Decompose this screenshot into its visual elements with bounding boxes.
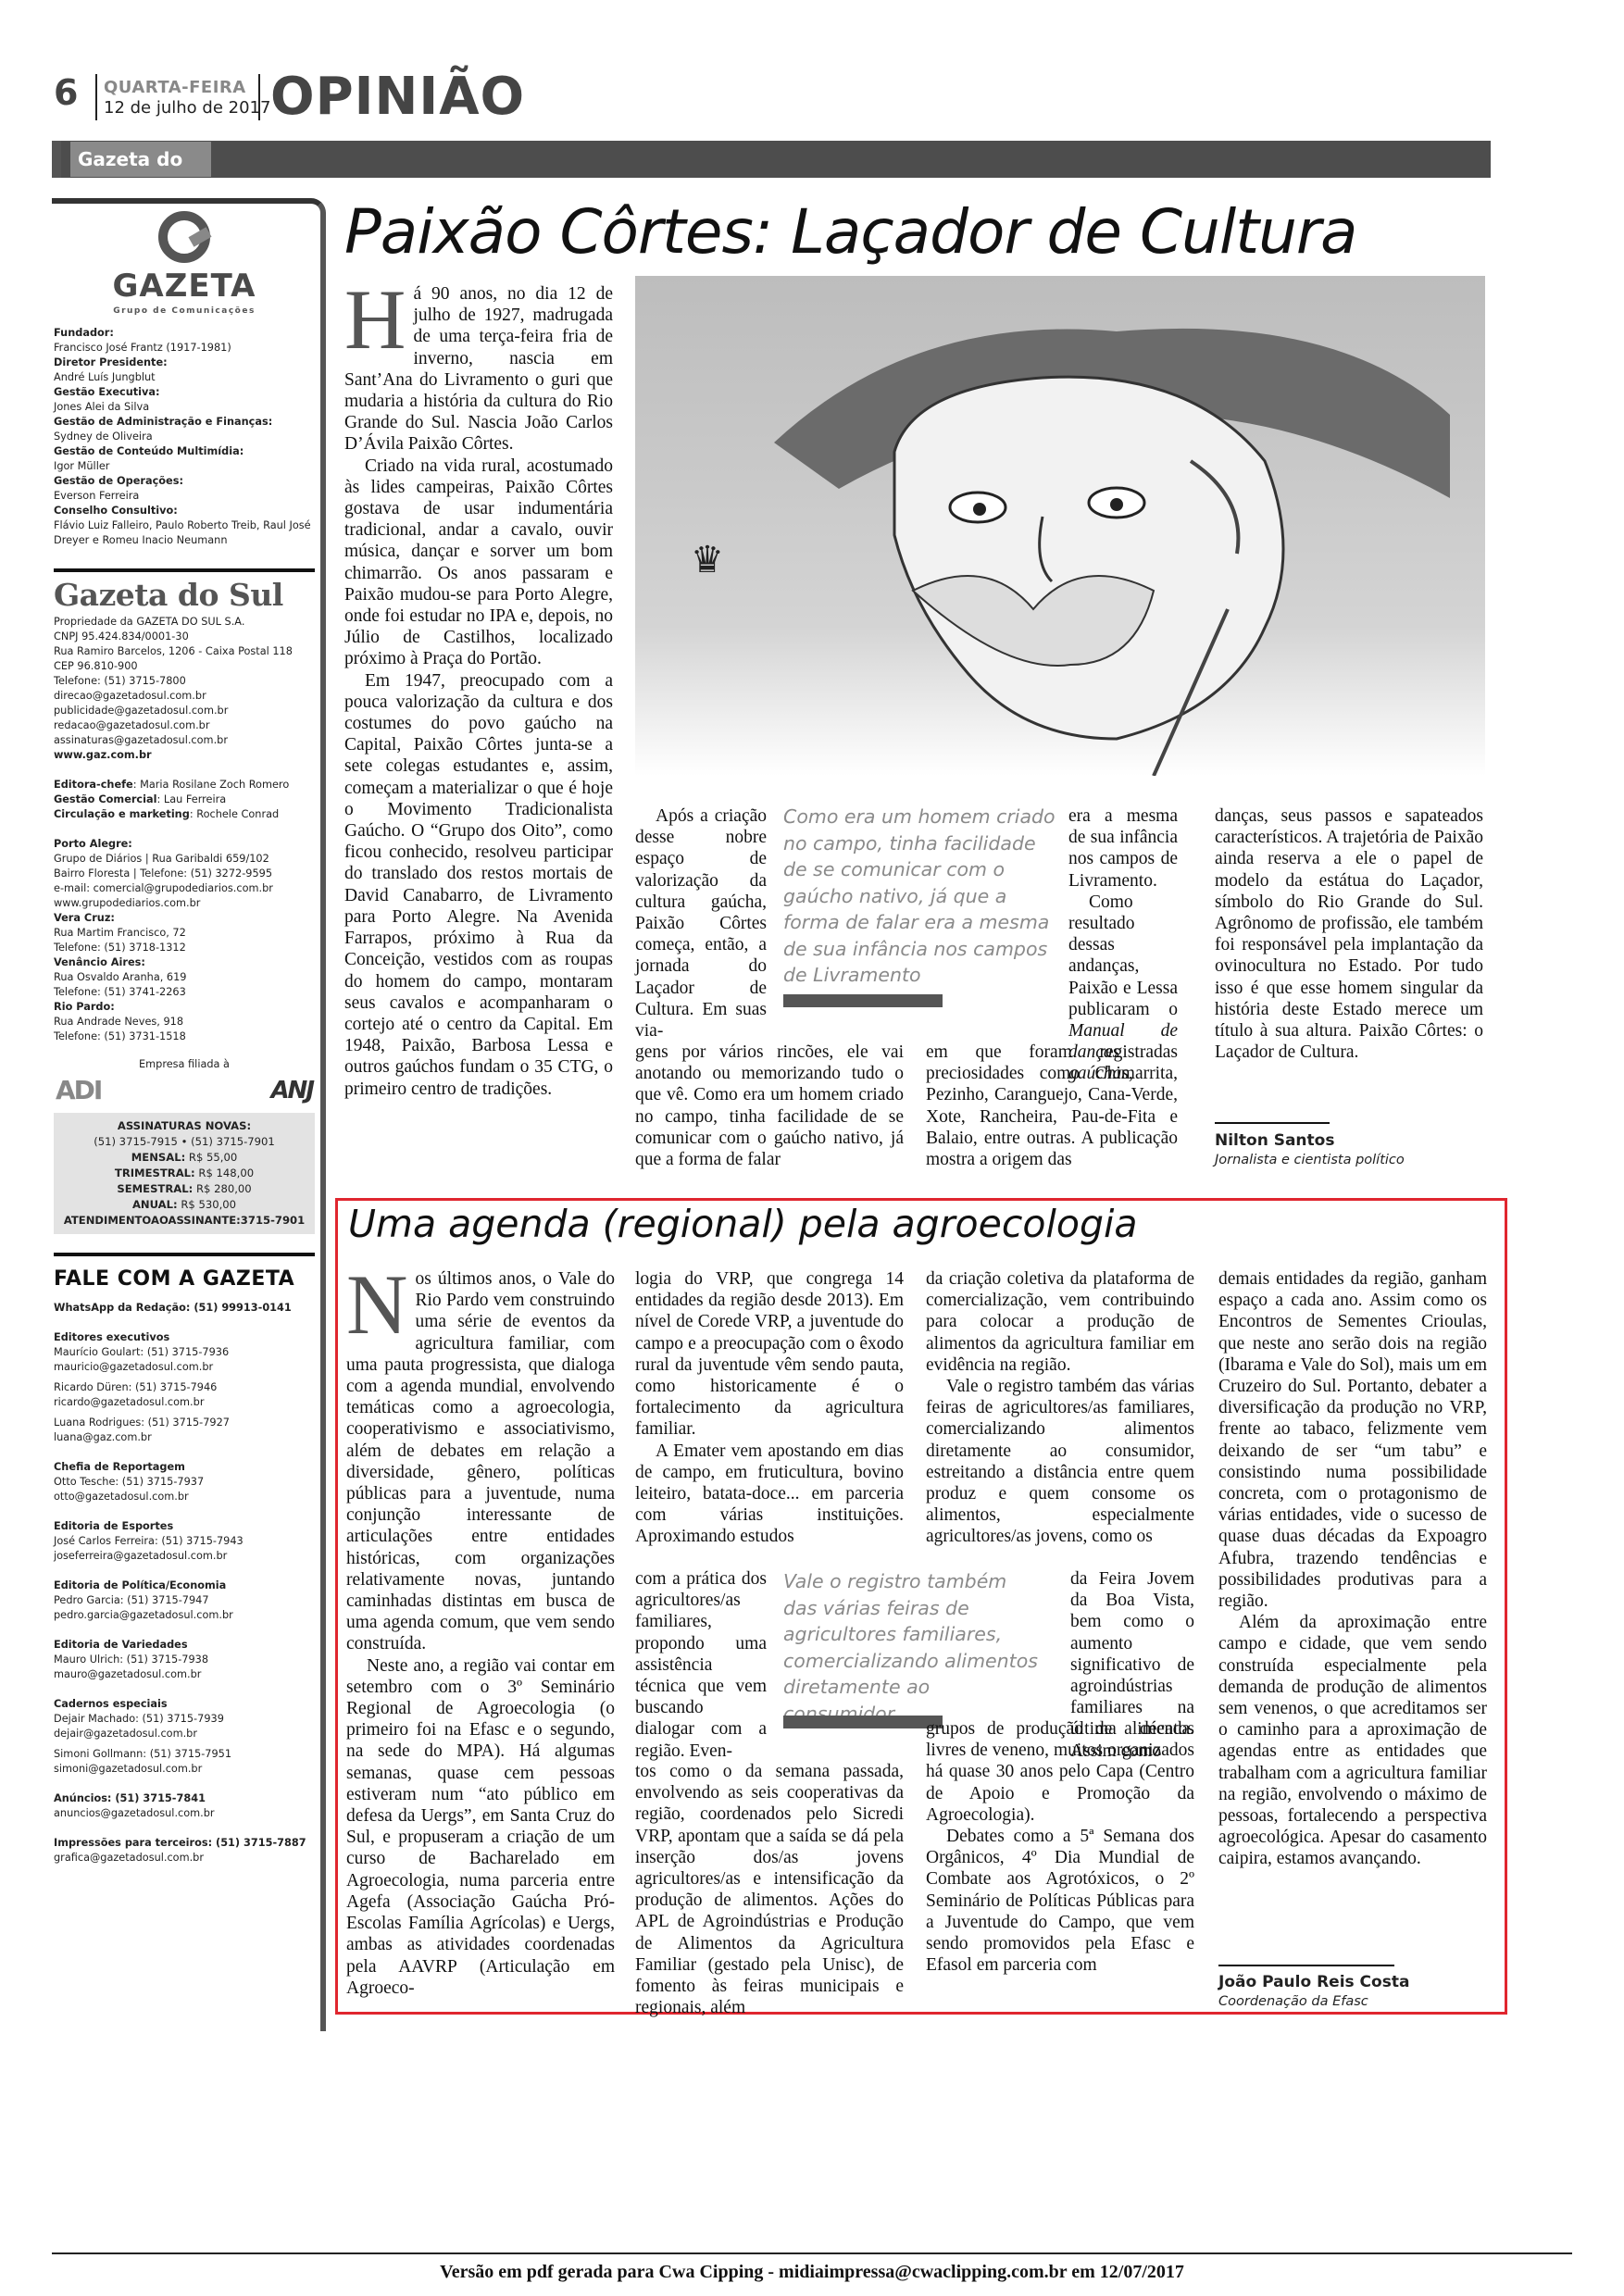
plan-label: TRIMESTRAL: — [115, 1167, 195, 1179]
header-divider — [95, 74, 97, 120]
offices-list: Porto Alegre:Grupo de Diários | Rua Gari… — [54, 837, 315, 1044]
company-info: Propriedade da GAZETA DO SUL S.A.CNPJ 95… — [54, 615, 315, 748]
office-line: Grupo de Diários | Rua Garibaldi 659/102 — [54, 852, 315, 867]
plan-label: SEMESTRAL: — [117, 1182, 193, 1195]
printing-email[interactable]: grafica@gazetadosul.com.br — [54, 1851, 315, 1865]
article-2-column-1: Nos últimos anos, o Vale do Rio Pardo ve… — [346, 1268, 615, 1999]
article-1-author: Nilton Santos — [1215, 1131, 1334, 1150]
office-city: Rio Pardo: — [54, 1000, 315, 1015]
article-2-column-2-top: logia do VRP, que congrega 14 entidades … — [635, 1268, 904, 1548]
contact-email[interactable]: joseferreira@gazetadosul.com.br — [54, 1549, 315, 1564]
plan-label: ANUAL: — [132, 1198, 178, 1211]
contact-email[interactable]: dejair@gazetadosul.com.br — [54, 1727, 315, 1741]
office-line: Rua Osvaldo Aranha, 619 — [54, 970, 315, 985]
office-line: Rua Andrade Neves, 918 — [54, 1015, 315, 1029]
article-2-title: Uma agenda (regional) pela agroecologia — [348, 1202, 1138, 1246]
article-2-column-2-bottom: tos como o da semana passada, envolvendo… — [635, 1761, 904, 2018]
website-link[interactable]: www.gaz.com.br — [54, 748, 315, 763]
contact-email[interactable]: mauricio@gazetadosul.com.br — [54, 1360, 315, 1375]
article-1-column-2-top: Após a criação desse nobre espaço de val… — [635, 805, 767, 1042]
subscription-plan: ANUAL: R$ 530,00 — [57, 1197, 311, 1213]
office-city: Venâncio Aires: — [54, 955, 315, 970]
article-1-pullquote: Como era um homem criado no campo, tinha… — [783, 804, 1061, 989]
office-line: Rua Martim Francisco, 72 — [54, 926, 315, 941]
management-role: Editora-chefe — [54, 779, 133, 791]
management-list: Editora-chefe: Maria Rosilane Zoch Romer… — [54, 778, 315, 822]
contact-line: Ricardo Düren: (51) 3715-7946 — [54, 1380, 315, 1395]
contact-email[interactable]: ricardo@gazetadosul.com.br — [54, 1395, 315, 1410]
footer-note: Versão em pdf gerada para Cwa Cipping - … — [0, 2262, 1624, 2283]
contact-group-heading: Editoria de Esportes — [54, 1519, 315, 1534]
contact-group-heading: Editoria de Política/Economia — [54, 1578, 315, 1593]
affiliation-logos: ADI ANJ — [54, 1083, 315, 1098]
management-item: Gestão Comercial: Lau Ferreira — [54, 792, 315, 807]
article-2-author: João Paulo Reis Costa — [1218, 1973, 1409, 1991]
affiliation-label: Empresa filiada à — [54, 1057, 315, 1072]
article-2-column-2-narrow: com a prática dos agricultores/as famili… — [635, 1568, 767, 1762]
staff-list: Fundador:Francisco José Frantz (1917-198… — [54, 326, 315, 548]
management-role: Gestão Comercial — [54, 793, 157, 805]
page-number: 6 — [54, 72, 78, 113]
weekday: QUARTA-FEIRA — [104, 78, 246, 97]
contact-email[interactable]: pedro.garcia@gazetadosul.com.br — [54, 1608, 315, 1623]
staff-name: Jones Alei da Silva — [54, 400, 315, 415]
byline-rule — [1215, 1122, 1330, 1124]
contact-email[interactable]: mauro@gazetadosul.com.br — [54, 1667, 315, 1682]
staff-role: Gestão de Conteúdo Multimídia: — [54, 444, 315, 459]
drop-cap: H — [344, 287, 406, 352]
office-line: Telefone: (51) 3731-1518 — [54, 1029, 315, 1044]
printing-line: Impressões para terceiros: (51) 3715-788… — [54, 1836, 315, 1851]
header-divider — [258, 74, 260, 120]
article-2-column-3-bottom: grupos de produção de alimentos livres d… — [926, 1718, 1194, 1976]
company-line: Rua Ramiro Barcelos, 1206 - Caixa Postal… — [54, 644, 315, 659]
office-line: Telefone: (51) 3718-1312 — [54, 941, 315, 955]
drop-cap: N — [346, 1272, 407, 1337]
contact-line: José Carlos Ferreira: (51) 3715-7943 — [54, 1534, 315, 1549]
subscription-plan: TRIMESTRAL: R$ 148,00 — [57, 1166, 311, 1181]
subscriptions-title: ASSINATURAS NOVAS: — [57, 1118, 311, 1134]
plan-price: R$ 530,00 — [178, 1198, 236, 1211]
contact-group-heading: Cadernos especiais — [54, 1697, 315, 1712]
company-line: Telefone: (51) 3715-7800 — [54, 674, 315, 689]
company-line: CNPJ 95.424.834/0001-30 — [54, 630, 315, 644]
contact-group-heading: Chefia de Reportagem — [54, 1460, 315, 1475]
plan-price: R$ 55,00 — [185, 1151, 237, 1164]
article-1-column-2-bottom: gens por vários rincões, ele vai anotand… — [635, 1042, 904, 1170]
contact-line: Otto Tesche: (51) 3715-7937 — [54, 1475, 315, 1490]
staff-role: Diretor Presidente: — [54, 356, 315, 370]
article-2-column-3-top: da criação coletiva da plataforma de com… — [926, 1268, 1194, 1548]
subscription-plan: MENSAL: R$ 55,00 — [57, 1150, 311, 1166]
company-line[interactable]: publicidade@gazetadosul.com.br — [54, 704, 315, 718]
company-line: Propriedade da GAZETA DO SUL S.A. — [54, 615, 315, 630]
management-name: : Lau Ferreira — [157, 793, 227, 805]
contact-email[interactable]: otto@gazetadosul.com.br — [54, 1490, 315, 1504]
section-title: OPINIÃO — [270, 67, 525, 127]
staff-name: Everson Ferreira — [54, 489, 315, 504]
anj-logo: ANJ — [270, 1083, 313, 1098]
contact-groups: Editores executivosMaurício Goulart: (51… — [54, 1330, 315, 1777]
company-line: CEP 96.810-900 — [54, 659, 315, 674]
management-item: Circulação e marketing: Rochele Conrad — [54, 807, 315, 822]
spacer — [54, 1564, 315, 1578]
staff-role: Fundador: — [54, 326, 315, 341]
section-band-marker — [52, 141, 61, 178]
management-name: : Rochele Conrad — [190, 808, 279, 820]
article-1-title: Paixão Côrtes: Laçador de Cultura — [344, 196, 1356, 268]
subscriptions-phones: (51) 3715-7915 • (51) 3715-7901 — [57, 1134, 311, 1150]
pullquote-bar — [783, 1716, 943, 1728]
gazeta-g-logo-icon — [158, 211, 210, 263]
staff-name: André Luís Jungblut — [54, 370, 315, 385]
company-line[interactable]: direcao@gazetadosul.com.br — [54, 689, 315, 704]
staff-role: Gestão de Operações: — [54, 474, 315, 489]
subscription-plan: SEMESTRAL: R$ 280,00 — [57, 1181, 311, 1197]
issue-date: 12 de julho de 2017 — [104, 98, 270, 118]
spacer — [54, 1445, 315, 1460]
contact-line: Luana Rodrigues: (51) 3715-7927 — [54, 1416, 315, 1430]
office-line: Bairro Floresta | Telefone: (51) 3272-95… — [54, 867, 315, 881]
article-1-column-1: Há 90 anos, no dia 12 de julho de 1927, … — [344, 283, 613, 1100]
whatsapp-line: WhatsApp da Redação: (51) 99913-0141 — [54, 1301, 315, 1316]
article-2-column-4: demais entidades da região, ganham espaç… — [1218, 1268, 1487, 1870]
staff-name: Flávio Luiz Falleiro, Paulo Roberto Trei… — [54, 518, 315, 548]
spacer — [54, 1682, 315, 1697]
newspaper-label: Gazeta do Sul — [70, 142, 211, 177]
office-city: Vera Cruz: — [54, 911, 315, 926]
contact-line: Dejair Machado: (51) 3715-7939 — [54, 1712, 315, 1727]
spacer — [54, 1504, 315, 1519]
logo-subtitle: Grupo de Comunicações — [54, 304, 315, 318]
contact-group-heading: Editores executivos — [54, 1330, 315, 1345]
portrait-icon: ♛ — [635, 276, 1485, 776]
company-line[interactable]: assinaturas@gazetadosul.com.br — [54, 733, 315, 748]
plan-price: R$ 148,00 — [195, 1167, 254, 1179]
subscriber-service: ATENDIMENTOAOASSINANTE:3715-7901 — [57, 1213, 311, 1229]
gazeta-group-logo: GAZETA Grupo de Comunicações — [54, 211, 315, 318]
ads-line: Anúncios: (51) 3715-7841 — [54, 1791, 315, 1806]
contact-line: Pedro Garcia: (51) 3715-7947 — [54, 1593, 315, 1608]
office-line[interactable]: www.grupodediarios.com.br — [54, 896, 315, 911]
logo-word: GAZETA — [54, 268, 315, 304]
pullquote-bar — [783, 994, 943, 1007]
plan-label: MENSAL: — [131, 1151, 186, 1164]
spacer — [54, 1623, 315, 1638]
office-city: Porto Alegre: — [54, 837, 315, 852]
ads-email[interactable]: anuncios@gazetadosul.com.br — [54, 1806, 315, 1821]
staff-name: Francisco José Frantz (1917-1981) — [54, 341, 315, 356]
caricature-illustration: ♛ — [635, 276, 1485, 776]
management-role: Circulação e marketing — [54, 808, 190, 820]
staff-name: Sydney de Oliveira — [54, 430, 315, 444]
management-item: Editora-chefe: Maria Rosilane Zoch Romer… — [54, 778, 315, 792]
section-band — [52, 141, 1491, 178]
article-1-column-3-bottom: em que foram registradas preciosidades c… — [926, 1042, 1178, 1170]
byline-rule — [1218, 1965, 1394, 1966]
article-1-column-4: danças, seus passos e sapateados caracte… — [1215, 805, 1483, 1063]
article-1-author-role: Jornalista e cientista político — [1215, 1153, 1405, 1167]
subscription-plans: MENSAL: R$ 55,00TRIMESTRAL: R$ 148,00SEM… — [57, 1150, 311, 1213]
contact-email[interactable]: simoni@gazetadosul.com.br — [54, 1762, 315, 1777]
staff-role: Gestão de Administração e Finanças: — [54, 415, 315, 430]
masthead: GAZETA Grupo de Comunicações Fundador:Fr… — [54, 206, 315, 1865]
staff-role: Conselho Consultivo: — [54, 504, 315, 518]
staff-role: Gestão Executiva: — [54, 385, 315, 400]
staff-name: Igor Müller — [54, 459, 315, 474]
contact-line: Simoni Gollmann: (51) 3715-7951 — [54, 1747, 315, 1762]
article-2-author-role: Coordenação da Efasc — [1218, 1994, 1368, 2009]
gazeta-do-sul-logo: Gazeta do Sul — [54, 568, 315, 615]
footer-rule — [52, 2252, 1572, 2254]
contact-group-heading: Editoria de Variedades — [54, 1638, 315, 1653]
adi-logo: ADI — [56, 1083, 101, 1098]
plan-price: R$ 280,00 — [193, 1182, 251, 1195]
office-line[interactable]: e-mail: comercial@grupodediarios.com.br — [54, 881, 315, 896]
contact-title: FALE COM A GAZETA — [54, 1253, 315, 1293]
article-2-pullquote: Vale o registro também das várias feiras… — [783, 1568, 1043, 1727]
management-name: : Maria Rosilane Zoch Romero — [133, 779, 290, 791]
svg-text:♛: ♛ — [691, 539, 724, 580]
company-line[interactable]: redacao@gazetadosul.com.br — [54, 718, 315, 733]
contact-email[interactable]: luana@gaz.com.br — [54, 1430, 315, 1445]
contact-line: Maurício Goulart: (51) 3715-7936 — [54, 1345, 315, 1360]
contact-line: Mauro Ulrich: (51) 3715-7938 — [54, 1653, 315, 1667]
office-line: Telefone: (51) 3741-2263 — [54, 985, 315, 1000]
subscriptions-box: ASSINATURAS NOVAS: (51) 3715-7915 • (51)… — [54, 1113, 315, 1234]
